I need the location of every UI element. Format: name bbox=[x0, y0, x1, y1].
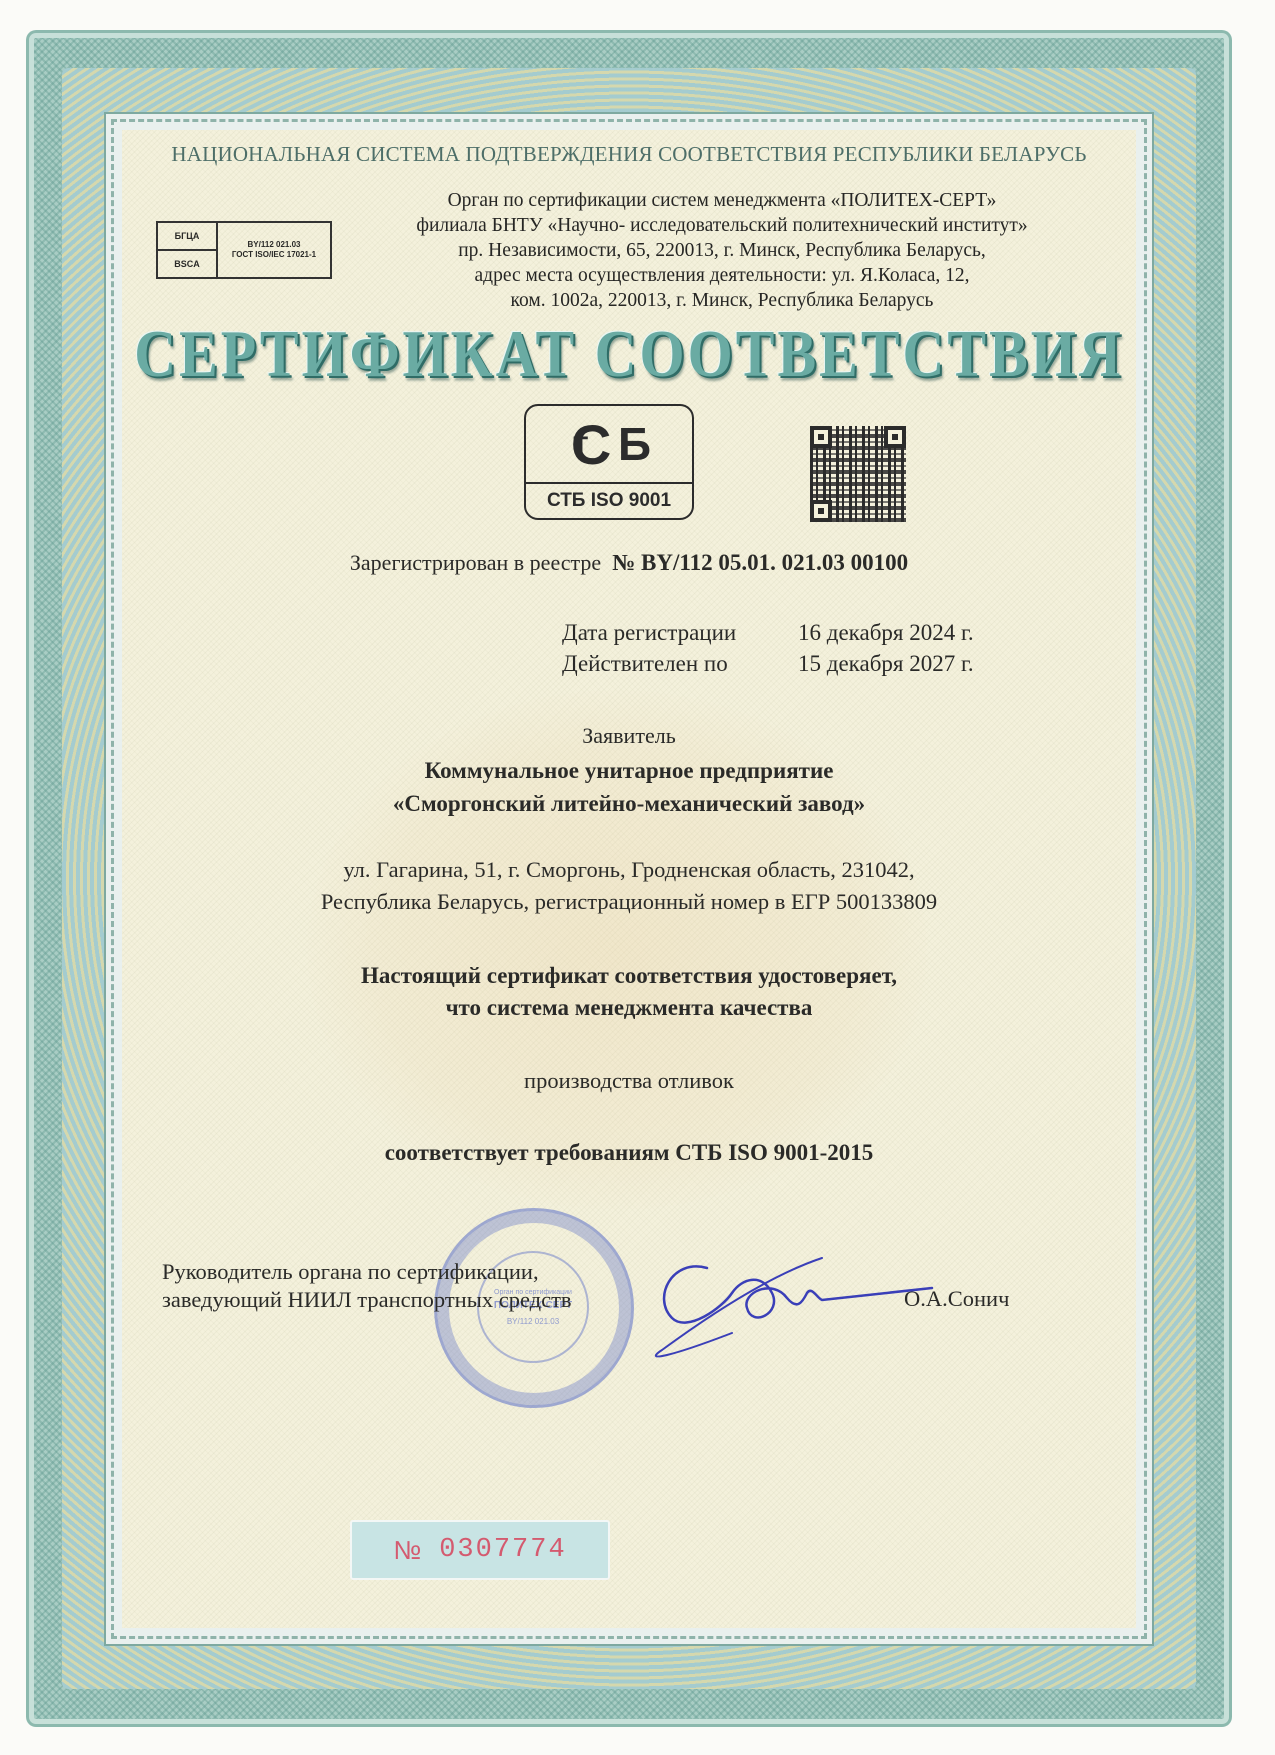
certification-body-line: адрес места осуществления деятельности: … bbox=[352, 263, 1092, 288]
registry-number: № BY/112 05.01. 021.03 00100 bbox=[612, 550, 908, 575]
certification-body-line: ком. 1002а, 220013, г. Минск, Республика… bbox=[352, 288, 1092, 313]
accreditation-mark-bsca: BSCA bbox=[158, 251, 216, 277]
signatory-name: О.А.Сонич bbox=[904, 1286, 1009, 1312]
serial-number: № 0307774 bbox=[350, 1520, 610, 1580]
validity-dates: Дата регистрации 16 декабря 2024 г. Дейс… bbox=[562, 617, 974, 679]
national-system-title: НАЦИОНАЛЬНАЯ СИСТЕМА ПОДТВЕРЖДЕНИЯ СООТВ… bbox=[122, 142, 1136, 167]
qr-code-icon bbox=[810, 426, 906, 522]
stb-iso-9001-logo: С Т Б СТБ ISO 9001 bbox=[524, 404, 694, 520]
valid-until-label: Действителен по bbox=[562, 648, 798, 679]
signatory-title: Руководитель органа по сертификации, зав… bbox=[162, 1258, 572, 1314]
applicant-name: Коммунальное унитарное предприятие «Смор… bbox=[122, 754, 1136, 820]
certification-body-line: пр. Независимости, 65, 220013, г. Минск,… bbox=[352, 238, 1092, 263]
certificate-title: СЕРТИФИКАТ СООТВЕТСТВИЯ bbox=[122, 315, 1136, 392]
accreditation-mark-bgca: БГЦА bbox=[158, 223, 216, 251]
signature-icon bbox=[612, 1238, 942, 1358]
certification-body-line: Орган по сертификации систем менеджмента… bbox=[352, 188, 1092, 213]
registry-label: Зарегистрирован в реестре bbox=[350, 550, 601, 575]
registry-line: Зарегистрирован в реестре № BY/112 05.01… bbox=[122, 550, 1136, 576]
accreditation-standard: ГОСТ ISO/IEC 17021-1 bbox=[232, 250, 316, 260]
stb-logo-label: СТБ ISO 9001 bbox=[526, 484, 692, 518]
certification-body-info: Орган по сертификации систем менеджмента… bbox=[352, 188, 1092, 313]
certification-body-line: филиала БНТУ «Научно- исследовательский … bbox=[352, 213, 1092, 238]
valid-until-value: 15 декабря 2027 г. bbox=[798, 648, 974, 679]
accreditation-mark: БГЦА BSCA BY/112 021.03 ГОСТ ISO/IEC 170… bbox=[156, 221, 332, 279]
accreditation-number: BY/112 021.03 bbox=[248, 240, 301, 250]
stb-mark-icon: С Т Б bbox=[526, 406, 692, 484]
serial-prefix: № bbox=[393, 1535, 421, 1566]
serial-value: 0307774 bbox=[439, 1535, 566, 1565]
certification-scope: производства отливок bbox=[122, 1068, 1136, 1094]
certification-statement: Настоящий сертификат соответствия удосто… bbox=[122, 960, 1136, 1024]
registration-date-value: 16 декабря 2024 г. bbox=[798, 617, 974, 648]
conformity-statement: соответствует требованиям СТБ ISO 9001-2… bbox=[122, 1140, 1136, 1166]
certificate-paper: НАЦИОНАЛЬНАЯ СИСТЕМА ПОДТВЕРЖДЕНИЯ СООТВ… bbox=[122, 130, 1136, 1628]
applicant-address: ул. Гагарина, 51, г. Сморгонь, Гродненск… bbox=[122, 854, 1136, 918]
applicant-label: Заявитель bbox=[122, 723, 1136, 749]
registration-date-label: Дата регистрации bbox=[562, 617, 798, 648]
